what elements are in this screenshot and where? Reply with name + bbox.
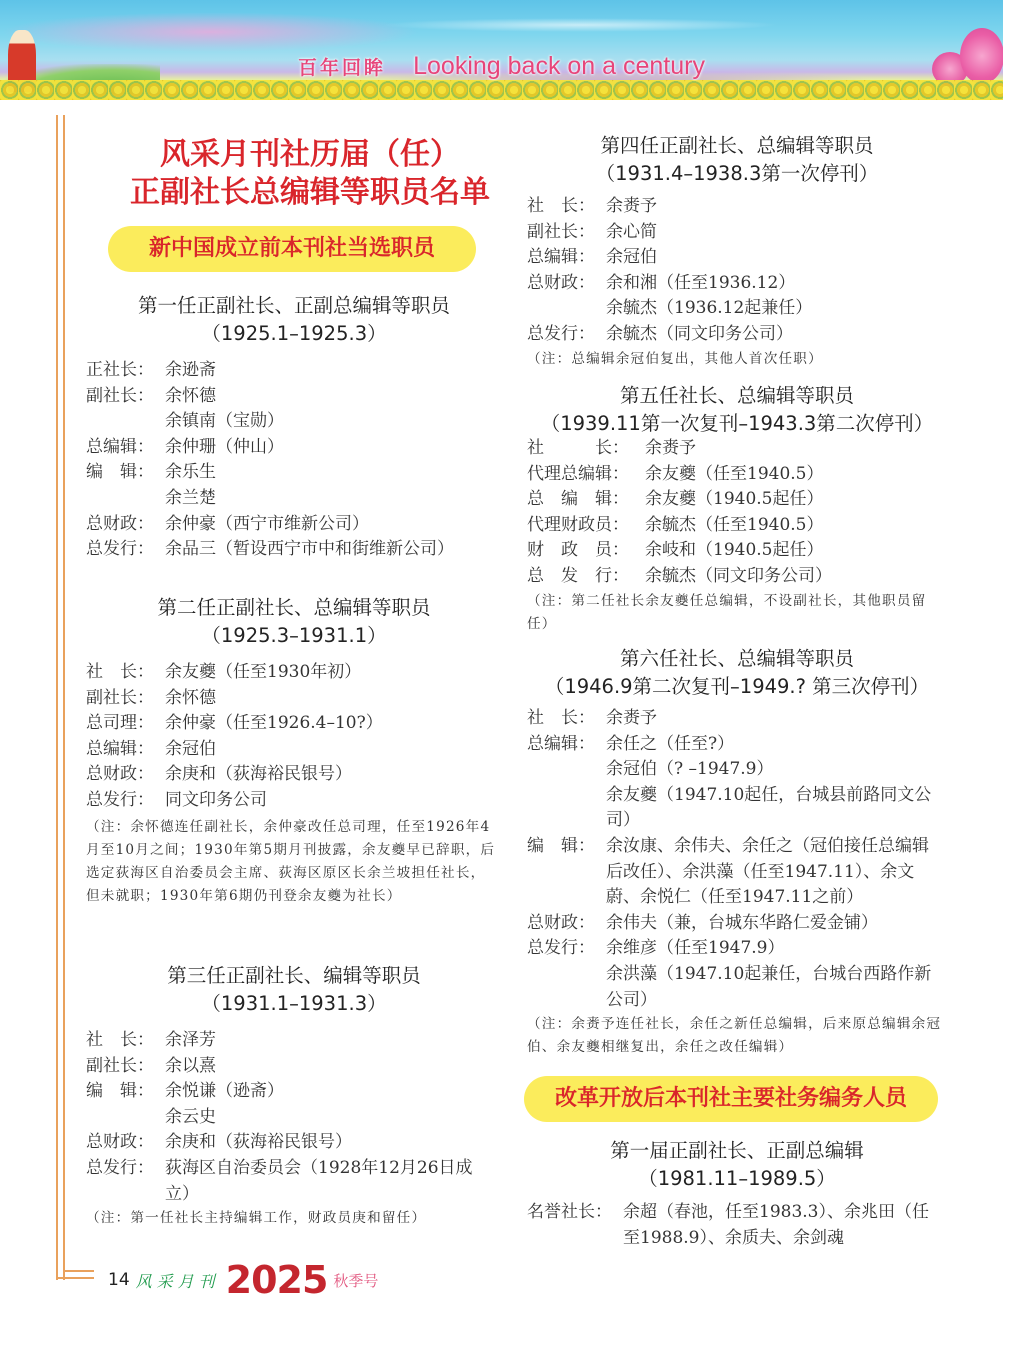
- roster-row: 余友夔（1947.10起任，台城县前路同文公司）: [527, 783, 945, 834]
- person-name: 荻海区自治委员会（1928年12月26日成立）: [165, 1156, 495, 1207]
- term-title: 第五任社长、总编辑等职员: [527, 382, 947, 410]
- person-name: 余伟夫（兼，台城东华路仁爱金铺）: [606, 911, 878, 937]
- column-title-cn: 百年回眸: [298, 57, 386, 79]
- person-name: 余友夔（1947.10起任，台城县前路同文公司）: [606, 783, 936, 834]
- term-note: （注：余赉予连任社长，余任之新任总编辑，后来原总编辑余冠伯、余友夔相继复出，余任…: [527, 1013, 945, 1059]
- role-label: [86, 486, 165, 512]
- role-label: 总发行：: [86, 788, 165, 814]
- person-name: 余赉予: [606, 706, 657, 732]
- person-name: 余兰楚: [165, 486, 216, 512]
- term-period: （1946.9第二次复刊–1949.? 第三次停刊）: [527, 673, 947, 701]
- roster-row: 编 辑：余汝康、余伟夫、余任之（冠伯接任总编辑后改任）、余洪藻（任至1947.1…: [527, 834, 945, 911]
- person-name: 余以熹: [165, 1054, 216, 1080]
- role-label: 副社长：: [527, 220, 606, 246]
- magazine-name: 风采月刊: [136, 1269, 220, 1292]
- roster-row: 余兰楚: [86, 486, 506, 512]
- term-title: 第一届正副社长、正副总编辑: [527, 1137, 947, 1165]
- section-label-post-reform: 改革开放后本刊社主要社务编务人员: [524, 1076, 938, 1122]
- role-label: 财 政 员：: [527, 538, 645, 564]
- term-note: （注：余怀德连任副社长，余仲豪改任总司理，任至1926年4月至10月之间；193…: [86, 816, 496, 908]
- term-title: 第三任正副社长、编辑等职员: [84, 962, 504, 990]
- roster-row: 副社长：余以熹: [86, 1054, 496, 1080]
- banner-flower-field: [0, 80, 1003, 100]
- page-number: 14: [108, 1270, 130, 1290]
- person-name: 余镇南（宝勋）: [165, 409, 284, 435]
- article-title-line1: 风采月刊社历届（任）: [110, 136, 510, 174]
- person-name: 余毓杰（1936.12起兼任）: [606, 296, 812, 322]
- roster-row: 财 政 员：余岐和（1940.5起任）: [527, 538, 947, 564]
- term-heading: 第二任正副社长、总编辑等职员 （1925.3–1931.1）: [84, 594, 504, 650]
- article-title: 风采月刊社历届（任） 正副社长总编辑等职员名单: [110, 136, 510, 212]
- roster-row: 编 辑：余乐生: [86, 460, 506, 486]
- role-label: 正社长：: [86, 358, 165, 384]
- role-label: 代理财政员：: [527, 513, 645, 539]
- decorative-rule: [56, 115, 58, 1280]
- roster-row: 余洪藻（1947.10起兼任，台城台西路作新公司）: [527, 962, 945, 1013]
- role-label: [527, 757, 606, 783]
- role-label: 社 长：: [527, 706, 606, 732]
- role-label: 编 辑：: [86, 460, 165, 486]
- roster-row: 总财政：余庚和（荻海裕民银号）: [86, 762, 496, 788]
- person-name: 余赉予: [645, 436, 696, 462]
- person-name: 余超（春池，任至1983.3）、余兆田（任至1988.9）、余质夫、余剑魂: [623, 1200, 941, 1251]
- person-name: 余冠伯: [165, 737, 216, 763]
- person-name: 余心简: [606, 220, 657, 246]
- term-period: （1925.3–1931.1）: [84, 622, 504, 650]
- issue-season: 秋季号: [333, 1270, 378, 1291]
- person-name: 余毓杰（同文印务公司）: [606, 322, 793, 348]
- roster-row: 社 长：余友夔（任至1930年初）: [86, 660, 496, 686]
- person-name: 余仲豪（任至1926.4–10?）: [165, 711, 383, 737]
- term-roster: 社 长：余泽芳 副社长：余以熹 编 辑：余悦谦（逊斋） 余云史 总财政：余庚和（…: [86, 1028, 496, 1230]
- person-name: 余维彦（任至1947.9）: [606, 936, 784, 962]
- role-label: [527, 296, 606, 322]
- roster-row: 社 长：余泽芳: [86, 1028, 496, 1054]
- person-name: 余庚和（荻海裕民银号）: [165, 762, 352, 788]
- person-name: 余仲珊（仲山）: [165, 435, 284, 461]
- role-label: 总财政：: [527, 911, 606, 937]
- term-period: （1939.11第一次复刊–1943.3第二次停刊）: [527, 410, 947, 438]
- term-period: （1981.11–1989.5）: [527, 1165, 947, 1193]
- person-name: 余逊斋: [165, 358, 216, 384]
- person-name: 余悦谦（逊斋）: [165, 1079, 284, 1105]
- role-label: 总发行：: [527, 936, 606, 962]
- header-banner: 百年回眸 Looking back on a century: [0, 0, 1003, 100]
- roster-row: 总财政：余伟夫（兼，台城东华路仁爱金铺）: [527, 911, 945, 937]
- role-label: 总财政：: [86, 512, 165, 538]
- roster-row: 社 长：余赉予: [527, 194, 947, 220]
- role-label: 总发行：: [86, 1156, 165, 1207]
- person-name: 余怀德: [165, 686, 216, 712]
- term-note: （注：第二任社长余友夔任总编辑，不设副社长，其他职员留任）: [527, 590, 945, 636]
- person-name: 余庚和（荻海裕民银号）: [165, 1130, 352, 1156]
- decorative-rule: [56, 1277, 94, 1279]
- role-label: 总财政：: [527, 271, 606, 297]
- column-title-en: Looking back on a century: [413, 52, 705, 80]
- role-label: 社 长：: [527, 194, 606, 220]
- role-label: 总司理：: [86, 711, 165, 737]
- person-name: 余友夔（任至1940.5）: [645, 462, 823, 488]
- roster-row: 正社长：余逊斋: [86, 358, 506, 384]
- term-roster: 社 长：余赉予 副社长：余心简 总编辑：余冠伯 总财政：余和湘（任至1936.1…: [527, 194, 947, 371]
- role-label: 社 长：: [86, 1028, 165, 1054]
- term-title: 第一任正副社长、正副总编辑等职员: [84, 292, 504, 320]
- term-title: 第六任社长、总编辑等职员: [527, 645, 947, 673]
- role-label: 社 长：: [86, 660, 165, 686]
- term-heading: 第一届正副社长、正副总编辑 （1981.11–1989.5）: [527, 1137, 947, 1193]
- roster-row: 编 辑：余悦谦（逊斋）: [86, 1079, 496, 1105]
- roster-row: 总财政：余和湘（任至1936.12）: [527, 271, 947, 297]
- role-label: [527, 783, 606, 834]
- roster-row: 总发行：荻海区自治委员会（1928年12月26日成立）: [86, 1156, 496, 1207]
- roster-row: 总发行：余品三（暂设西宁市中和街维新公司）: [86, 537, 506, 563]
- roster-row: 总 发 行：余毓杰（同文印务公司）: [527, 564, 947, 590]
- role-label: 副社长：: [86, 1054, 165, 1080]
- role-label: [527, 962, 606, 1013]
- term-roster: 正社长：余逊斋 副社长：余怀德 余镇南（宝勋） 总编辑：余仲珊（仲山） 编 辑：…: [86, 358, 506, 563]
- role-label: 社 长：: [527, 436, 645, 462]
- roster-row: 总编辑：余仲珊（仲山）: [86, 435, 506, 461]
- person-name: 余品三（暂设西宁市中和街维新公司）: [165, 537, 454, 563]
- role-label: 总编辑：: [86, 435, 165, 461]
- person-name: 余毓杰（同文印务公司）: [645, 564, 832, 590]
- role-label: [86, 1105, 165, 1131]
- role-label: 总编辑：: [86, 737, 165, 763]
- person-name: 余洪藻（1947.10起兼任，台城台西路作新公司）: [606, 962, 936, 1013]
- term-period: （1931.4–1938.3第一次停刊）: [527, 160, 947, 188]
- person-name: 余毓杰（任至1940.5）: [645, 513, 823, 539]
- issue-year: 2025: [226, 1260, 328, 1300]
- roster-row: 总司理：余仲豪（任至1926.4–10?）: [86, 711, 496, 737]
- roster-row: 余毓杰（1936.12起兼任）: [527, 296, 947, 322]
- roster-row: 总财政：余庚和（荻海裕民银号）: [86, 1130, 496, 1156]
- person-name: 余友夔（任至1930年初）: [165, 660, 361, 686]
- role-label: 编 辑：: [86, 1079, 165, 1105]
- roster-row: 社 长：余赉予: [527, 436, 947, 462]
- term-heading: 第四任正副社长、总编辑等职员 （1931.4–1938.3第一次停刊）: [527, 132, 947, 188]
- person-name: 余汝康、余伟夫、余任之（冠伯接任总编辑后改任）、余洪藻（任至1947.11）、余…: [606, 834, 936, 911]
- banner-cloud: [380, 18, 780, 32]
- role-label: 副社长：: [86, 686, 165, 712]
- role-label: 总编辑：: [527, 245, 606, 271]
- roster-row: 副社长：余心简: [527, 220, 947, 246]
- roster-row: 余云史: [86, 1105, 496, 1131]
- person-name: 余乐生: [165, 460, 216, 486]
- person-name: 余任之（任至?）: [606, 732, 734, 758]
- term-roster: 社 长：余赉予 总编辑：余任之（任至?） 余冠伯（? –1947.9） 余友夔（…: [527, 706, 945, 1059]
- article-title-line2: 正副社长总编辑等职员名单: [110, 174, 510, 212]
- role-label: 副社长：: [86, 384, 165, 410]
- role-label: [86, 409, 165, 435]
- roster-row: 余镇南（宝勋）: [86, 409, 506, 435]
- term-heading: 第三任正副社长、编辑等职员 （1931.1–1931.3）: [84, 962, 504, 1018]
- roster-row: 总发行：同文印务公司: [86, 788, 496, 814]
- term-heading: 第六任社长、总编辑等职员 （1946.9第二次复刊–1949.? 第三次停刊）: [527, 645, 947, 701]
- person-name: 余岐和（1940.5起任）: [645, 538, 823, 564]
- roster-row: 代理财政员：余毓杰（任至1940.5）: [527, 513, 947, 539]
- banner-cloud: [0, 12, 420, 52]
- roster-row: 副社长：余怀德: [86, 384, 506, 410]
- person-name: 余仲豪（西宁市维新公司）: [165, 512, 369, 538]
- role-label: 总编辑：: [527, 732, 606, 758]
- term-title: 第四任正副社长、总编辑等职员: [527, 132, 947, 160]
- role-label: 总发行：: [527, 322, 606, 348]
- person-name: 余冠伯（? –1947.9）: [606, 757, 774, 783]
- roster-row: 副社长：余怀德: [86, 686, 496, 712]
- term-period: （1931.1–1931.3）: [84, 990, 504, 1018]
- person-name: 余友夔（1940.5起任）: [645, 487, 823, 513]
- term-roster: 社 长：余友夔（任至1930年初） 副社长：余怀德 总司理：余仲豪（任至1926…: [86, 660, 496, 908]
- term-heading: 第五任社长、总编辑等职员 （1939.11第一次复刊–1943.3第二次停刊）: [527, 382, 947, 438]
- term-title: 第二任正副社长、总编辑等职员: [84, 594, 504, 622]
- page-footer: 14 风采月刊 2025 秋季号: [108, 1260, 378, 1300]
- term-heading: 第一任正副社长、正副总编辑等职员 （1925.1–1925.3）: [84, 292, 504, 348]
- decorative-rule: [63, 1270, 94, 1272]
- roster-row: 余冠伯（? –1947.9）: [527, 757, 945, 783]
- person-name: 余赉予: [606, 194, 657, 220]
- roster-row: 总发行：余毓杰（同文印务公司）: [527, 322, 947, 348]
- roster-row: 代理总编辑：余友夔（任至1940.5）: [527, 462, 947, 488]
- role-label: 总 发 行：: [527, 564, 645, 590]
- roster-row: 总 编 辑：余友夔（1940.5起任）: [527, 487, 947, 513]
- roster-row: 总编辑：余冠伯: [86, 737, 496, 763]
- person-name: 同文印务公司: [165, 788, 267, 814]
- role-label: 总 编 辑：: [527, 487, 645, 513]
- role-label: 总财政：: [86, 1130, 165, 1156]
- roster-row: 总财政：余仲豪（西宁市维新公司）: [86, 512, 506, 538]
- person-name: 余和湘（任至1936.12）: [606, 271, 795, 297]
- person-name: 余泽芳: [165, 1028, 216, 1054]
- role-label: 名誉社长：: [527, 1200, 623, 1251]
- role-label: 总财政：: [86, 762, 165, 788]
- roster-row: 名誉社长：余超（春池，任至1983.3）、余兆田（任至1988.9）、余质夫、余…: [527, 1200, 947, 1251]
- term-note: （注：总编辑余冠伯复出，其他人首次任职）: [527, 348, 947, 371]
- roster-row: 总编辑：余冠伯: [527, 245, 947, 271]
- person-name: 余云史: [165, 1105, 216, 1131]
- role-label: 编 辑：: [527, 834, 606, 911]
- section-label-pre-1949: 新中国成立前本刊社当选职员: [108, 226, 476, 272]
- term-note: （注：第一任社长主持编辑工作，财政员庚和留任）: [86, 1207, 496, 1230]
- roster-row: 总发行：余维彦（任至1947.9）: [527, 936, 945, 962]
- term-period: （1925.1–1925.3）: [84, 320, 504, 348]
- role-label: 总发行：: [86, 537, 165, 563]
- person-name: 余怀德: [165, 384, 216, 410]
- term-roster: 名誉社长：余超（春池，任至1983.3）、余兆田（任至1988.9）、余质夫、余…: [527, 1200, 947, 1251]
- term-roster: 社 长：余赉予 代理总编辑：余友夔（任至1940.5） 总 编 辑：余友夔（19…: [527, 436, 947, 636]
- role-label: 代理总编辑：: [527, 462, 645, 488]
- column-title: 百年回眸 Looking back on a century: [0, 52, 1003, 81]
- roster-row: 社 长：余赉予: [527, 706, 945, 732]
- person-name: 余冠伯: [606, 245, 657, 271]
- roster-row: 总编辑：余任之（任至?）: [527, 732, 945, 758]
- decorative-rule: [63, 115, 65, 1280]
